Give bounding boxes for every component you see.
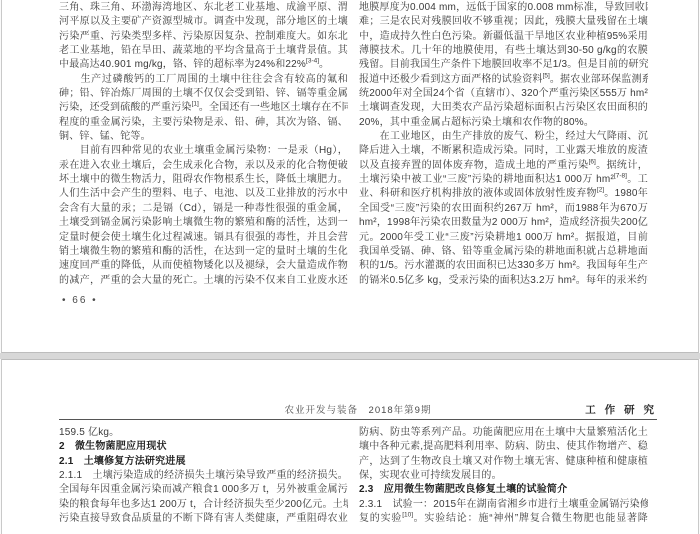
text-line: 定量时便会使土壤生化过程减速。镉具有很强的毒性，并且会营 [59, 231, 348, 245]
text-line: 积的1/5。污水灌溉的农田面积已达330多万 hm²。我国每年生产 [359, 259, 648, 273]
document-viewport: 三角、珠三角、环渤海湾地区、东北老工业基地、成渝平原、渭河平原以及主要矿产资源型… [0, 0, 700, 534]
section-label: 工 作 研 究 [585, 403, 657, 418]
text-line: 的镉米0.5亿多 kg，受汞污染的面积达3.2万 hm²。每年的汞米约有 [359, 274, 648, 288]
page2-right-column: 防病、防虫等系列产品。功能菌肥应用在土壤中大量繁殖活化土壤中各种元素,提高肥料利… [359, 426, 648, 526]
text-line: 2.3.1 试验一：2015年在湖南省湘乡市进行土壤重金属镉污染修 [359, 498, 648, 512]
text-line: 20%，其中重金属占超标污染土壤和农作物的80%。 [359, 116, 648, 130]
text-line: 速度回严重的降低，从而使植物矮化以及褪绿，会大量造成作物 [59, 259, 348, 273]
text-line: 我国单受镉、砷、铬、铅等重金属污染的耕地面积就占总耕地面 [359, 245, 648, 259]
text-line: 保，实现农业可持续发展目的。 [359, 469, 648, 483]
text-line: 地膜厚度为0.004 mm，远低于国家的0.008 mm标准，导致回收困 [359, 1, 648, 15]
text-line: 砷；铅、锌冶炼厂周围的土壤不仅仅会受到铅、锌、镉等重金属 [59, 87, 348, 101]
text-line: 2.3 应用微生物菌肥改良修复土壤的试验简介 [359, 483, 648, 497]
text-line: 人们生活中会产生的塑料、电子、电池、以及工业排放的污水中 [59, 187, 348, 201]
text-line: 中，造成持久性白色污染。新疆低温干旱地区农业种植95%采用 [359, 30, 648, 44]
text-line: 全国受“三废”污染的农田面积约267万 hm²，而1988年为670万 [359, 202, 648, 216]
text-line: 污染直接导致食品质量的不断下降有害人类健康，严重阻碍农业 [59, 512, 348, 526]
text-line: hm²，1998年污染农田数量为2 000万 hm²，造成经济损失200亿 [359, 216, 648, 230]
text-line: 薄膜技术。几十年的地膜使用，有些土壤达到30-50 g/kg的农膜 [359, 44, 648, 58]
text-line: 元。2000年受工业“三废”污染耕地1 000万 hm²。据报道，目前 [359, 231, 648, 245]
text-line: 目前有四种常见的农业土壤重金属污染物：一是汞（Hg）， [59, 144, 348, 158]
text-line: 统2000年对全国24个省（直辖市）、320个严重污染区555万 hm² [359, 87, 648, 101]
text-line: 程度的重金属污染，主要污染物是汞、铅、砷，其次为铬、镉、 [59, 116, 348, 130]
page2-left-column: 159.5 亿kg。2 微生物菌肥应用现状2.1 土壤修复方法研究进展2.1.1… [59, 426, 348, 526]
running-header: 农业开发与装备 2018年第9期 工 作 研 究 [59, 403, 657, 418]
text-line: 在工业地区，由生产排放的废气、粉尘，经过大气降雨、沉 [359, 130, 648, 144]
text-line: 业、科研和医疗机构排放的液体或固体放射性废弃物[2]。1980年 [359, 187, 648, 201]
text-line: 壤中各种元素,提高肥料利用率、防病、防虫、使其作物增产、稳 [359, 440, 648, 454]
text-line: 生产过磷酸钙的工厂周围的土壤中往往会含有较高的氟和 [59, 73, 348, 87]
text-line: 2.1.1 土壤污染造成的经济损失土壤污染导致严重的经济损失。 [59, 469, 348, 483]
text-line: 土壤受到镉金属污染影响土壤微生物的繁殖和酶的活性，达到一 [59, 216, 348, 230]
text-line: 产，达到了生物改良土壤又对作物土壤无害、健康种植和健康植 [359, 455, 648, 469]
text-line: 全国每年因重金属污染而减产粮食1 000多万 t，另外被重金属污 [59, 483, 348, 497]
text-line: 污染严重、污染类型多样、污染原因复杂、控制难度大。如东北 [59, 30, 348, 44]
text-line: 土壤调查发现，大田类农产品污染超标面积占污染区农田面积的 [359, 101, 648, 115]
text-line: 会含有大量的汞；二是镉（Cd），镉是一种毒性很强的重金属， [59, 202, 348, 216]
page1-right-column: 地膜厚度为0.004 mm，远低于国家的0.008 mm标准，导致回收困难；三是… [359, 1, 648, 288]
text-line: 老工业基地，铅在旱田、蔬菜地的平均含量高于土壤背景值。其 [59, 44, 348, 58]
header-rule [59, 419, 657, 420]
text-line: 的减产，严重的会大量的死亡。土壤的污染不仅来自工业废水还 [59, 274, 348, 288]
text-line: 坏土壤中的微生物活力，阻碍农作物根系生长，降低土壤肥力。 [59, 173, 348, 187]
text-line: 销土壤微生物的繁殖和酶的活性，在达到一定的量时土壤的生化 [59, 245, 348, 259]
text-line: 2 微生物菌肥应用现状 [59, 440, 348, 454]
text-line: 以及直接弃置的固体废弃物，造成土地的严重污染[6]。据统计， [359, 159, 648, 173]
page1-left-column: 三角、珠三角、环渤海湾地区、东北老工业基地、成渝平原、渭河平原以及主要矿产资源型… [59, 1, 348, 288]
text-line: 染的粮食每年也多达1 200万 t，合计经济损失至少200亿元。土壤 [59, 498, 348, 512]
text-line: 污染，还受到硫酸的严重污染[1]。全国还有一些地区土壤存在不同 [59, 101, 348, 115]
text-line: 河平原以及主要矿产资源型城市。调查中发现，部分地区的土壤 [59, 15, 348, 29]
journal-page-67: 农业开发与装备 2018年第9期 工 作 研 究 159.5 亿kg。2 微生物… [1, 359, 699, 534]
text-line: 复的实验[10]。实验结论：施“神州”牌复合微生物肥也能显著降 [359, 512, 648, 526]
text-line: 三角、珠三角、环渤海湾地区、东北老工业基地、成渝平原、渭 [59, 1, 348, 15]
text-line: 土壤污染中被工业“三废”污染的耕地面积达1 000万 hm²[7-8]。工 [359, 173, 648, 187]
text-line: 铜、锌、锰、铊等。 [59, 130, 348, 144]
page-number: • 66 • [62, 295, 98, 306]
text-line: 难；三是农民对残膜回收不够重视；因此，残膜大量残留在土壤 [359, 15, 648, 29]
text-line: 降后进入土壤，不断累积造成污染。同时，工业露天堆放的废渣 [359, 144, 648, 158]
text-line: 残留。目前我国生产条件下地膜回收率不足1/3。但是目前的研究 [359, 58, 648, 72]
text-line: 159.5 亿kg。 [59, 426, 348, 440]
text-line: 汞在进入农业土壤后，会生成汞化合物，汞以及汞的化合物便破 [59, 159, 348, 173]
text-line: 防病、防虫等系列产品。功能菌肥应用在土壤中大量繁殖活化土 [359, 426, 648, 440]
text-line: 报道中还极少看到这方面严格的试验资料[5]。据农业部环保监测系 [359, 73, 648, 87]
journal-page-66: 三角、珠三角、环渤海湾地区、东北老工业基地、成渝平原、渭河平原以及主要矿产资源型… [1, 0, 699, 353]
text-line: 中最高达40.901 mg/kg，铬、锌的超标率为24%和22%[3-4]。 [59, 58, 348, 72]
journal-title: 农业开发与装备 2018年第9期 [59, 403, 657, 418]
text-line: 2.1 土壤修复方法研究进展 [59, 455, 348, 469]
